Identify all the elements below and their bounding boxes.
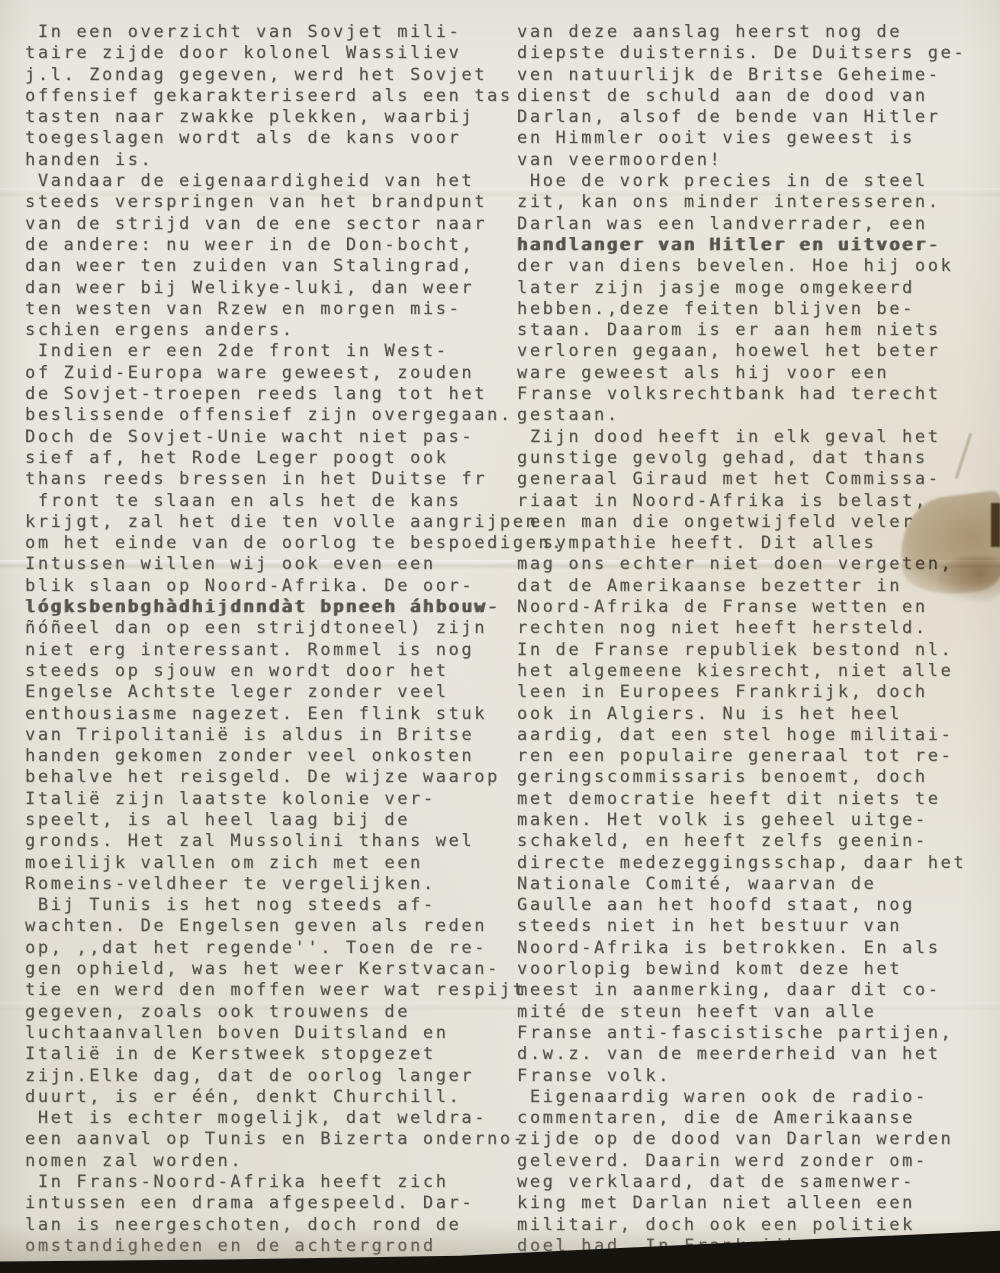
text-line: de Sovjet-troepen reeds lang tot het bbox=[25, 384, 564, 405]
text-line: Eigenaardig waren ook de radio- bbox=[517, 1087, 966, 1108]
text-line: gestaan. bbox=[517, 405, 966, 426]
text-line: Darlan, alsof de bende van Hitler bbox=[517, 107, 966, 128]
text-line: zit, kan ons minder interesseren. bbox=[517, 192, 966, 213]
text-line: ren een populaire generaal tot re- bbox=[517, 746, 966, 767]
text-line: Darlan was een landverrader, een bbox=[517, 214, 966, 235]
text-line: geringscommissaris benoemt, doch bbox=[517, 767, 966, 788]
text-line: enthousiasme nagezet. Een flink stuk bbox=[25, 704, 564, 725]
text-line: In een overzicht van Sovjet mili- bbox=[25, 22, 564, 43]
text-line: Noord-Afrika is betrokken. En als bbox=[517, 938, 966, 959]
text-line: om het einde van de oorlog te bespoedige… bbox=[25, 533, 564, 554]
text-line: meest in aanmerking, daar dit co- bbox=[517, 980, 966, 1001]
text-line: front te slaan en als het de kans bbox=[25, 491, 564, 512]
text-line: Noord-Afrika de Franse wetten en bbox=[517, 597, 966, 618]
text-line: van deze aanslag heerst nog de bbox=[517, 22, 966, 43]
text-line: diepste duisternis. De Duitsers ge- bbox=[517, 43, 966, 64]
text-line: dat de Amerikaanse bezetter in bbox=[517, 576, 966, 597]
text-line: ven natuurlijk de Britse Geheime- bbox=[517, 65, 966, 86]
text-line: verloren gegaan, hoewel het beter bbox=[517, 341, 966, 362]
text-column-right: van deze aanslag heerst nog dediepste du… bbox=[517, 22, 966, 1257]
text-line: directe medezeggingsschap, daar het bbox=[517, 853, 966, 874]
text-line: Bij Tunis is het nog steeds af- bbox=[25, 895, 564, 916]
text-line: thans reeds bressen in het Duitse fr bbox=[25, 469, 564, 490]
text-line: j.l. Zondag gegeven, werd het Sovjet bbox=[25, 65, 564, 86]
text-line: van de strijd van de ene sector naar bbox=[25, 214, 564, 235]
text-line: Engelse Achtste leger zonder veel bbox=[25, 682, 564, 703]
text-line: gen ophield, was het weer Kerstvacan- bbox=[25, 959, 564, 980]
tape-stain bbox=[938, 556, 1000, 602]
text-line: de andere: nu weer in de Don-bocht, bbox=[25, 235, 564, 256]
text-line: taire zijde door kolonel Wassiliev bbox=[25, 43, 564, 64]
text-line: handlanger van Hitler en uitvoer- bbox=[517, 235, 966, 256]
text-line: aardig, dat een stel hoge militai- bbox=[517, 725, 966, 746]
text-line: Zijn dood heeft in elk geval het bbox=[517, 427, 966, 448]
text-line: Intussen willen wij ook even een bbox=[25, 554, 564, 575]
text-line: gunstige gevolg gehad, dat thans bbox=[517, 448, 966, 469]
text-line: sief af, het Rode Leger poogt ook bbox=[25, 448, 564, 469]
text-line: gegeven, zoals ook trouwens de bbox=[25, 1002, 564, 1023]
text-line: Romeins-veldheer te vergelijken. bbox=[25, 874, 564, 895]
text-line: intussen een drama afgespeeld. Dar- bbox=[25, 1193, 564, 1214]
text-line: d.w.z. van de meerderheid van het bbox=[517, 1044, 966, 1065]
text-line: beslissende offensief zijn overgegaan. bbox=[25, 405, 564, 426]
text-line: dan weer ten zuiden van Stalingrad, bbox=[25, 256, 564, 277]
text-line: tasten naar zwakke plekken, waarbij bbox=[25, 107, 564, 128]
text-line: speelt, is al heel laag bij de bbox=[25, 810, 564, 831]
text-line: steeds niet in het bestuur van bbox=[517, 916, 966, 937]
text-column-left: In een overzicht van Sovjet mili-taire z… bbox=[25, 22, 564, 1257]
text-line: Italië zijn laatste kolonie ver- bbox=[25, 789, 564, 810]
page-edge-tear bbox=[991, 503, 1000, 547]
text-line: steeds op sjouw en wordt door het bbox=[25, 661, 564, 682]
text-line: sympathie heeft. Dit alles bbox=[517, 533, 966, 554]
text-line: Nationale Comité, waarvan de bbox=[517, 874, 966, 895]
text-line: met democratie heeft dit niets te bbox=[517, 789, 966, 810]
text-line: riaat in Noord-Afrika is belast, bbox=[517, 491, 966, 512]
text-line: hebben.,deze feiten blijven be- bbox=[517, 299, 966, 320]
text-line: op, ,,dat het regende''. Toen de re- bbox=[25, 938, 564, 959]
document-page: In een overzicht van Sovjet mili-taire z… bbox=[0, 0, 1000, 1273]
text-line: Italië in de Kerstweek stopgezet bbox=[25, 1044, 564, 1065]
text-line: gronds. Het zal Mussolini thans wel bbox=[25, 831, 564, 852]
text-line: van Tripolitanië is aldus in Britse bbox=[25, 725, 564, 746]
text-line: krijgt, zal het die ten volle aangrijpen bbox=[25, 512, 564, 533]
text-line: mag ons echter niet doen vergeten, bbox=[517, 554, 966, 575]
text-line: omstandigheden en de achtergrond bbox=[25, 1236, 564, 1257]
text-line: Hoe de vork precies in de steel bbox=[517, 171, 966, 192]
text-line: Gaulle aan het hoofd staat, nog bbox=[517, 895, 966, 916]
text-line: dienst de schuld aan de dood van bbox=[517, 86, 966, 107]
text-line: duurt, is er één, denkt Churchill. bbox=[25, 1087, 564, 1108]
text-line: lógksbenbghàdhijdnndàt bpneeh áhbouw- bbox=[25, 597, 564, 618]
text-line: Het is echter mogelijk, dat weldra- bbox=[25, 1108, 564, 1129]
text-line: In de Franse republiek bestond nl. bbox=[517, 640, 966, 661]
text-line: het algemeene kiesrecht, niet alle bbox=[517, 661, 966, 682]
text-line: toegeslagen wordt als de kans voor bbox=[25, 128, 564, 149]
text-line: schien ergens anders. bbox=[25, 320, 564, 341]
text-line: offensief gekarakteriseerd als een tas bbox=[25, 86, 564, 107]
text-line: militair, doch ook een politiek bbox=[517, 1215, 966, 1236]
text-line: ñóñeel dan op een strijdtoneel) zijn bbox=[25, 618, 564, 639]
text-line: behalve het reisgeld. De wijze waarop bbox=[25, 767, 564, 788]
text-line: tie en werd den moffen weer wat respijt bbox=[25, 980, 564, 1001]
text-line: Franse volksrechtbank had terecht bbox=[517, 384, 966, 405]
text-line: ook in Algiers. Nu is het heel bbox=[517, 704, 966, 725]
text-line: generaal Giraud met het Commissa- bbox=[517, 469, 966, 490]
text-line: commentaren, die de Amerikaanse bbox=[517, 1108, 966, 1129]
text-line: luchtaanvallen boven Duitsland en bbox=[25, 1023, 564, 1044]
text-line: van veermoorden! bbox=[517, 150, 966, 171]
text-line: maken. Het volk is geheel uitge- bbox=[517, 810, 966, 831]
text-line: handen gekomen zonder veel onkosten bbox=[25, 746, 564, 767]
text-line: rechten nog niet heeft hersteld. bbox=[517, 618, 966, 639]
text-line: der van diens bevelen. Hoe hij ook bbox=[517, 256, 966, 277]
text-line: niet erg interessant. Rommel is nog bbox=[25, 640, 564, 661]
text-line: blik slaan op Noord-Afrika. De oor- bbox=[25, 576, 564, 597]
text-line: staan. Daarom is er aan hem niets bbox=[517, 320, 966, 341]
text-line: zijde op de dood van Darlan werden bbox=[517, 1129, 966, 1150]
text-line: leen in Europees Frankrijk, doch bbox=[517, 682, 966, 703]
text-line: schakeld, en heeft zelfs geenin- bbox=[517, 831, 966, 852]
text-line: of Zuid-Europa ware geweest, zouden bbox=[25, 363, 564, 384]
text-line: dan weer bij Welikye-luki, dan weer bbox=[25, 278, 564, 299]
text-line: steeds verspringen van het brandpunt bbox=[25, 192, 564, 213]
text-line: nomen zal worden. bbox=[25, 1151, 564, 1172]
text-line: Doch de Sovjet-Unie wacht niet pas- bbox=[25, 427, 564, 448]
text-line: ware geweest als hij voor een bbox=[517, 363, 966, 384]
text-line: een aanval op Tunis en Bizerta onderno- bbox=[25, 1129, 564, 1150]
text-line: mité de steun heeft van alle bbox=[517, 1002, 966, 1023]
text-line: In Frans-Noord-Afrika heeft zich bbox=[25, 1172, 564, 1193]
text-line: later zijn jasje moge omgekeerd bbox=[517, 278, 966, 299]
text-line: ten westen van Rzew en morgen mis- bbox=[25, 299, 564, 320]
text-line: king met Darlan niet alleen een bbox=[517, 1193, 966, 1214]
text-line: Vandaar de eigenaardigheid van het bbox=[25, 171, 564, 192]
text-line: handen is. bbox=[25, 150, 564, 171]
text-line: zijn.Elke dag, dat de oorlog langer bbox=[25, 1066, 564, 1087]
text-line: weg verklaard, dat de samenwer- bbox=[517, 1172, 966, 1193]
text-line: voorlopig bewind komt deze het bbox=[517, 959, 966, 980]
text-line: Indien er een 2de front in West- bbox=[25, 341, 564, 362]
text-line: een man die ongetwijfeld veler bbox=[517, 512, 966, 533]
text-line: lan is neergeschoten, doch rond de bbox=[25, 1215, 564, 1236]
text-line: Franse anti-fascistische partijen, bbox=[517, 1023, 966, 1044]
text-line: geleverd. Daarin werd zonder om- bbox=[517, 1151, 966, 1172]
text-line: wachten. De Engelsen geven als reden bbox=[25, 916, 564, 937]
text-line: Franse volk. bbox=[517, 1066, 966, 1087]
text-line: moeilijk vallen om zich met een bbox=[25, 853, 564, 874]
text-line: en Himmler ooit vies geweest is bbox=[517, 128, 966, 149]
